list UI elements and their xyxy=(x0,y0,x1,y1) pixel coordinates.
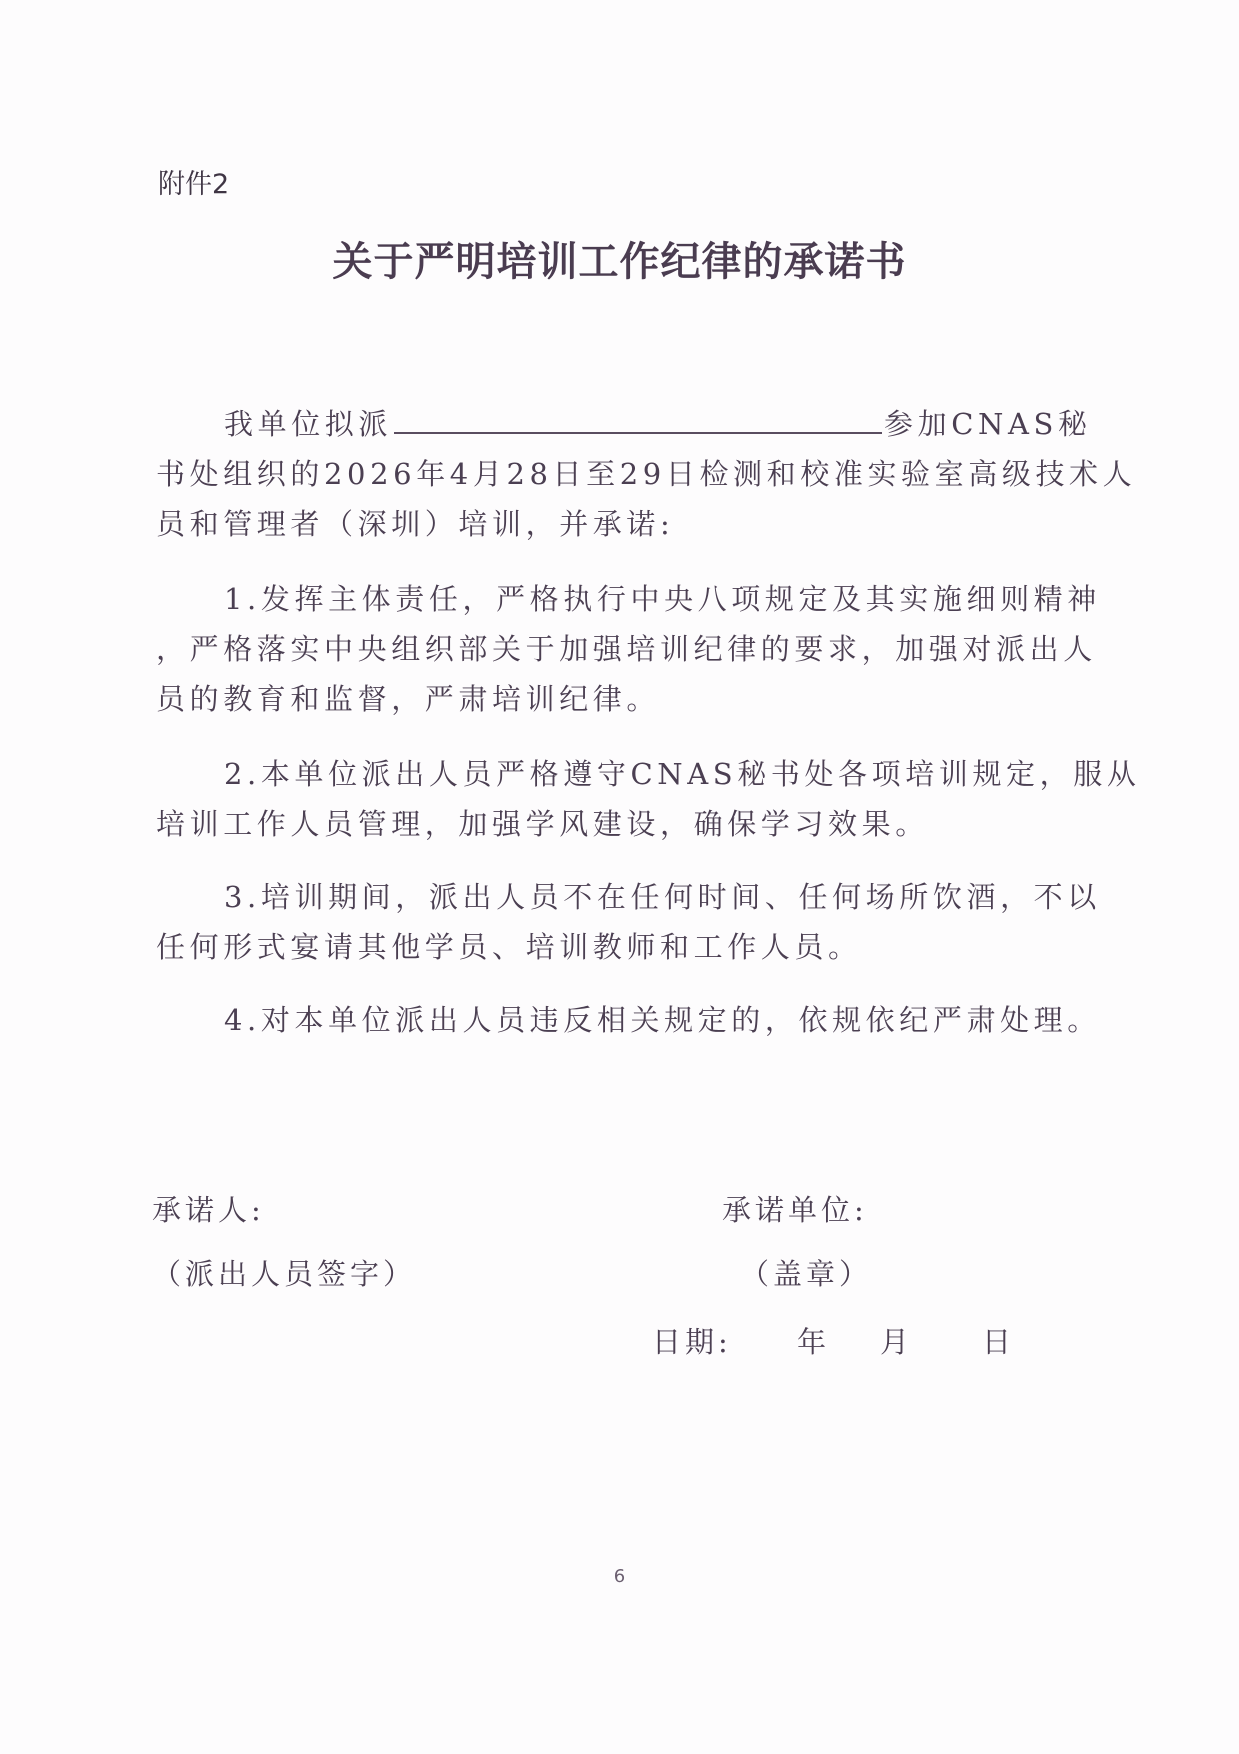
attachment-label: 附件2 xyxy=(158,162,229,201)
intro-prefix: 我单位拟派 xyxy=(224,407,392,441)
intro-suffix: 参加CNAS秘 xyxy=(884,407,1092,441)
promising-unit-label: 承诺单位: xyxy=(722,1188,868,1229)
clause-1-line-2: ，严格落实中央组织部关于加强培训纪律的要求，加强对派出人 xyxy=(156,627,1097,668)
intro-line-2: 书处组织的2026年4月28日至29日检测和校准实验室高级技术人 xyxy=(156,452,1136,493)
clause-4-line-1: 4.对本单位派出人员违反相关规定的，依规依纪严肃处理。 xyxy=(224,998,1101,1039)
promisor-label: 承诺人: xyxy=(152,1188,265,1229)
intro-line-3: 员和管理者（深圳）培训，并承诺: xyxy=(156,502,674,543)
clause-2-line-2: 培训工作人员管理，加强学风建设，确保学习效果。 xyxy=(156,802,929,843)
date-row: 日期: xyxy=(652,1320,732,1361)
page-number: 6 xyxy=(0,1566,1239,1587)
unit-seal-note: （盖章） xyxy=(740,1252,872,1293)
document-title: 关于严明培训工作纪律的承诺书 xyxy=(0,230,1239,287)
date-year-label: 年 xyxy=(797,1320,830,1361)
clause-3-line-1: 3.培训期间，派出人员不在任何时间、任何场所饮酒，不以 xyxy=(224,875,1101,916)
promisor-signature-note: （派出人员签字） xyxy=(152,1252,416,1293)
document-page: 附件2 关于严明培训工作纪律的承诺书 我单位拟派参加CNAS秘 书处组织的202… xyxy=(0,0,1239,1754)
clause-1-line-3: 员的教育和监督，严肃培训纪律。 xyxy=(156,677,660,718)
clause-3-line-2: 任何形式宴请其他学员、培训教师和工作人员。 xyxy=(156,925,862,966)
dispatched-person-blank-field[interactable] xyxy=(394,406,882,434)
date-day-label: 日 xyxy=(982,1320,1015,1361)
date-label: 日期: xyxy=(652,1320,732,1361)
clause-2-line-1: 2.本单位派出人员严格遵守CNAS秘书处各项培训规定，服从 xyxy=(224,752,1140,793)
intro-line-1: 我单位拟派参加CNAS秘 xyxy=(224,402,1092,443)
date-month-label: 月 xyxy=(880,1320,913,1361)
clause-1-line-1: 1.发挥主体责任，严格执行中央八项规定及其实施细则精神 xyxy=(224,577,1101,618)
